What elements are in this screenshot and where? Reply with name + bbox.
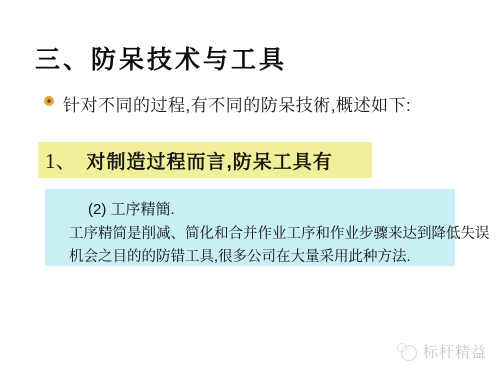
slide-title: 三、防呆技术与工具: [35, 40, 287, 76]
intro-bullet-row: 针对不同的过程,有不同的防呆技術,概述如下:: [44, 91, 411, 116]
section-number: 1、: [45, 145, 77, 175]
section-banner: 1、 对制造过程而言,防呆工具有: [38, 142, 372, 178]
ornament-bullet-icon: [44, 96, 54, 106]
section-label: 对制造过程而言,防呆工具有: [87, 147, 333, 174]
content-box-line1: 工序精简是削减、简化和合并作业工序和作业步骤来达到降低失误: [69, 222, 490, 243]
content-box-heading: (2) 工序精簡.: [88, 198, 175, 219]
watermark-text: 标杆精益: [423, 341, 487, 362]
benchmark-lean-logo-icon: [397, 342, 419, 362]
content-box: (2) 工序精簡. 工序精简是削减、简化和合并作业工序和作业步骤来达到降低失误 …: [45, 189, 455, 266]
intro-text: 针对不同的过程,有不同的防呆技術,概述如下:: [63, 91, 411, 116]
presentation-slide: 三、防呆技术与工具 针对不同的过程,有不同的防呆技術,概述如下: 1、 对制造过…: [0, 0, 500, 375]
content-box-line2: 机会之目的的防错工具,很多公司在大量采用此种方法.: [69, 245, 411, 266]
watermark: 标杆精益: [397, 341, 487, 362]
